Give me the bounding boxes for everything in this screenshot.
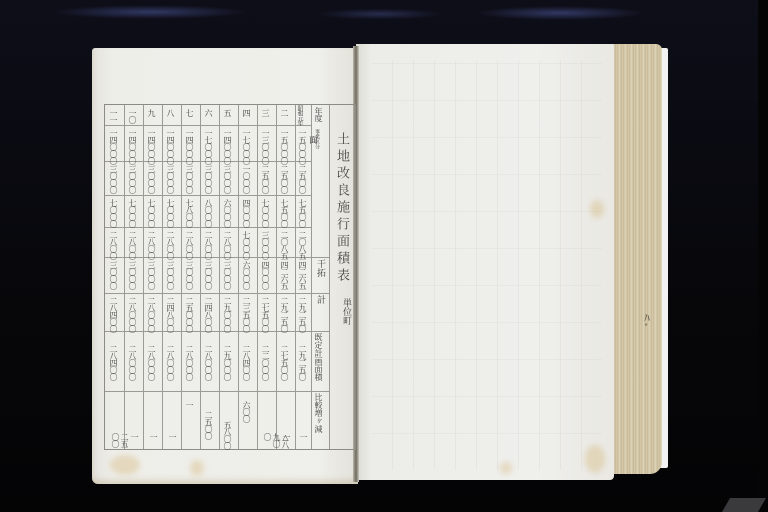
- table-cell: 二二〇〇〇: [261, 345, 270, 380]
- table-cell: 一四〇〇〇: [166, 129, 175, 164]
- table-cell: 一四〇〇〇: [109, 129, 118, 164]
- table-cell: 二七五〇〇: [261, 297, 270, 332]
- table-cell: 二八〇〇〇: [204, 345, 213, 380]
- year-header: 九: [147, 109, 156, 116]
- column-rule: [257, 105, 258, 449]
- table-cell: 四〇〇〇: [261, 261, 270, 289]
- table-cell: 二五〇〇: [280, 165, 289, 193]
- row-label: 既定計画面積: [313, 333, 324, 381]
- table-cell: 三〇〇〇: [166, 165, 175, 193]
- table-cell: 一: [149, 433, 158, 440]
- row-rule: [105, 391, 329, 392]
- table-cell: 三〇〇〇: [223, 261, 232, 289]
- row-rule: [105, 227, 311, 228]
- area-mark: 面: [306, 135, 319, 144]
- table-cell: 三〇〇〇: [223, 165, 232, 193]
- table-cell: 一四〇〇〇: [147, 129, 156, 164]
- table-cell: 二八〇〇〇: [185, 345, 194, 380]
- column-rule: [143, 105, 144, 449]
- table-cell: 一五〇〇〇: [298, 129, 307, 164]
- year-header: 七: [185, 109, 194, 116]
- table-cell: 三〇〇〇: [185, 261, 194, 289]
- table-cell: 二三五〇〇: [242, 297, 251, 332]
- table-cell: 二五〇〇: [261, 165, 270, 193]
- page-edges: [606, 44, 662, 474]
- edge-mark: ﾊﾞ: [638, 312, 654, 334]
- table-cell: 二〇八五: [280, 231, 289, 259]
- year-header: 二: [280, 109, 289, 116]
- table-cell: 三〇〇〇: [204, 165, 213, 193]
- stain: [190, 460, 204, 476]
- table-cell: 二五〇〇: [204, 411, 213, 439]
- row-label: 計: [314, 295, 327, 304]
- table-cell: 三〇〇〇: [109, 261, 118, 289]
- table-cell: 三〇〇〇: [128, 165, 137, 193]
- column-rule: [181, 105, 182, 449]
- table-cell: 二八〇〇〇: [166, 345, 175, 380]
- table-cell: 二八〇〇〇: [147, 345, 156, 380]
- table-cell: 二〇八五: [298, 231, 307, 259]
- stain: [110, 455, 140, 475]
- stain: [500, 462, 512, 474]
- table-cell: 五八〇〇: [223, 421, 232, 449]
- year-header: 一〇: [128, 109, 137, 123]
- document-title: 土地改良施行面積表: [332, 132, 351, 285]
- table-cell: 二九二五〇: [298, 297, 307, 332]
- table-cell: 七〇〇〇: [261, 199, 270, 227]
- table-cell: 二四八〇〇: [166, 297, 175, 332]
- table-cell: 二八〇〇: [185, 231, 194, 259]
- table-cell: 一四〇〇〇: [128, 129, 137, 164]
- table-cell: 二八四〇〇: [109, 345, 118, 380]
- column-rule: [124, 105, 125, 449]
- table-cell: 二五〇〇〇: [185, 297, 194, 332]
- frame-edge: [758, 0, 768, 512]
- row-rule: [105, 293, 329, 294]
- table-cell: 二八〇〇: [147, 231, 156, 259]
- row-rule: [105, 125, 311, 126]
- table-cell: 一: [282, 433, 291, 440]
- table-cell: 一五〇〇〇: [280, 129, 289, 164]
- table-cell: 二九〇〇〇: [223, 297, 232, 332]
- table-cell: 一七〇〇〇: [204, 129, 213, 164]
- row-rule: [105, 195, 311, 196]
- table-cell: 一: [130, 433, 139, 440]
- table-cell: 二四八〇〇: [204, 297, 213, 332]
- table-cell: 四二六五: [298, 261, 307, 289]
- column-rule: [276, 105, 277, 449]
- table-cell: 四〇〇〇: [242, 199, 251, 227]
- area-table: 一一 一〇 九 八 七 六 五 四 三 二 昭和元年 年度 事業区分 干拓 計 …: [104, 104, 356, 450]
- table-cell: 一: [168, 433, 177, 440]
- row-label: 干拓: [314, 259, 327, 277]
- table-cell: 七〇〇〇: [128, 199, 137, 227]
- table-cell: 六〇〇〇: [242, 261, 251, 289]
- table-cell: 八〇〇〇: [204, 199, 213, 227]
- table-cell: 三〇〇〇: [261, 231, 270, 259]
- table-cell: 二八〇〇: [204, 231, 213, 259]
- table-cell: 二九二五〇: [298, 345, 307, 380]
- year-column-label: 年度: [314, 107, 323, 121]
- table-cell: 二八〇〇〇: [147, 297, 156, 332]
- year-header: 四: [242, 109, 251, 116]
- table-cell: 一四〇〇〇: [223, 129, 232, 164]
- table-cell: 三〇〇〇: [147, 261, 156, 289]
- column-rule: [219, 105, 220, 449]
- table-cell: 七〇〇〇: [147, 199, 156, 227]
- year-header: 八: [166, 109, 175, 116]
- table-cell: 二八〇〇: [109, 231, 118, 259]
- table-cell: 三〇〇〇: [109, 165, 118, 193]
- table-cell: 六〇〇〇: [223, 199, 232, 227]
- column-rule: [295, 105, 296, 449]
- year-header: 六: [204, 109, 213, 116]
- bleed-through-grid: [372, 60, 602, 470]
- year-header: 三: [261, 109, 270, 116]
- table-cell: 三〇〇〇: [128, 261, 137, 289]
- column-rule: [238, 105, 239, 449]
- table-cell: 二八〇〇〇: [128, 297, 137, 332]
- table-cell: 二五〇〇: [111, 433, 129, 449]
- table-cell: 二八〇〇〇: [128, 345, 137, 380]
- table-cell: 二八〇〇: [223, 231, 232, 259]
- table-cell: 三〇〇〇: [166, 261, 175, 289]
- row-rule: [105, 257, 329, 258]
- table-cell: 一四〇〇〇: [185, 129, 194, 164]
- column-rule: [329, 105, 330, 449]
- table-cell: 二八四〇〇: [242, 345, 251, 380]
- table-cell: 七〇〇〇: [166, 199, 175, 227]
- table-cell: 六〇〇: [242, 401, 251, 422]
- column-rule: [311, 105, 312, 449]
- stain: [585, 445, 605, 473]
- column-rule: [200, 105, 201, 449]
- stain: [590, 200, 604, 218]
- table-cell: 七八〇〇: [185, 199, 194, 227]
- table-cell: 二七五〇〇: [280, 345, 289, 380]
- table-cell: 七五〇〇: [298, 199, 307, 227]
- table-cell: 二八〇〇: [166, 231, 175, 259]
- table-cell: 一七〇〇〇: [242, 129, 251, 164]
- year-header: 昭和元年: [296, 105, 303, 125]
- table-cell: 一: [185, 401, 194, 408]
- table-cell: 二八四〇〇: [109, 297, 118, 332]
- table-cell: 二九二五〇: [280, 297, 289, 332]
- table-cell: 一〇〇〇: [242, 165, 251, 193]
- table-cell: 二八〇〇: [128, 231, 137, 259]
- year-header: 五: [223, 109, 232, 116]
- table-cell: 七〇〇〇: [109, 199, 118, 227]
- table-cell: 一: [299, 433, 308, 440]
- table-cell: 二九〇〇〇: [223, 345, 232, 380]
- table-cell: 二五〇〇: [298, 165, 307, 193]
- table-cell: 三〇〇〇: [147, 165, 156, 193]
- column-rule: [162, 105, 163, 449]
- row-rule: [105, 331, 329, 332]
- row-label: 比較増ヶ減: [313, 393, 324, 433]
- table-cell: 七〇〇〇: [242, 231, 251, 259]
- year-header: 一一: [109, 109, 118, 123]
- unit-label: 単位町: [340, 298, 353, 325]
- table-cell: 三〇〇〇: [185, 165, 194, 193]
- table-cell: 三〇〇〇: [204, 261, 213, 289]
- table-cell: 一三〇〇〇: [261, 129, 270, 164]
- table-cell: 七五〇〇: [280, 199, 289, 227]
- table-cell: 四二六五: [280, 261, 289, 289]
